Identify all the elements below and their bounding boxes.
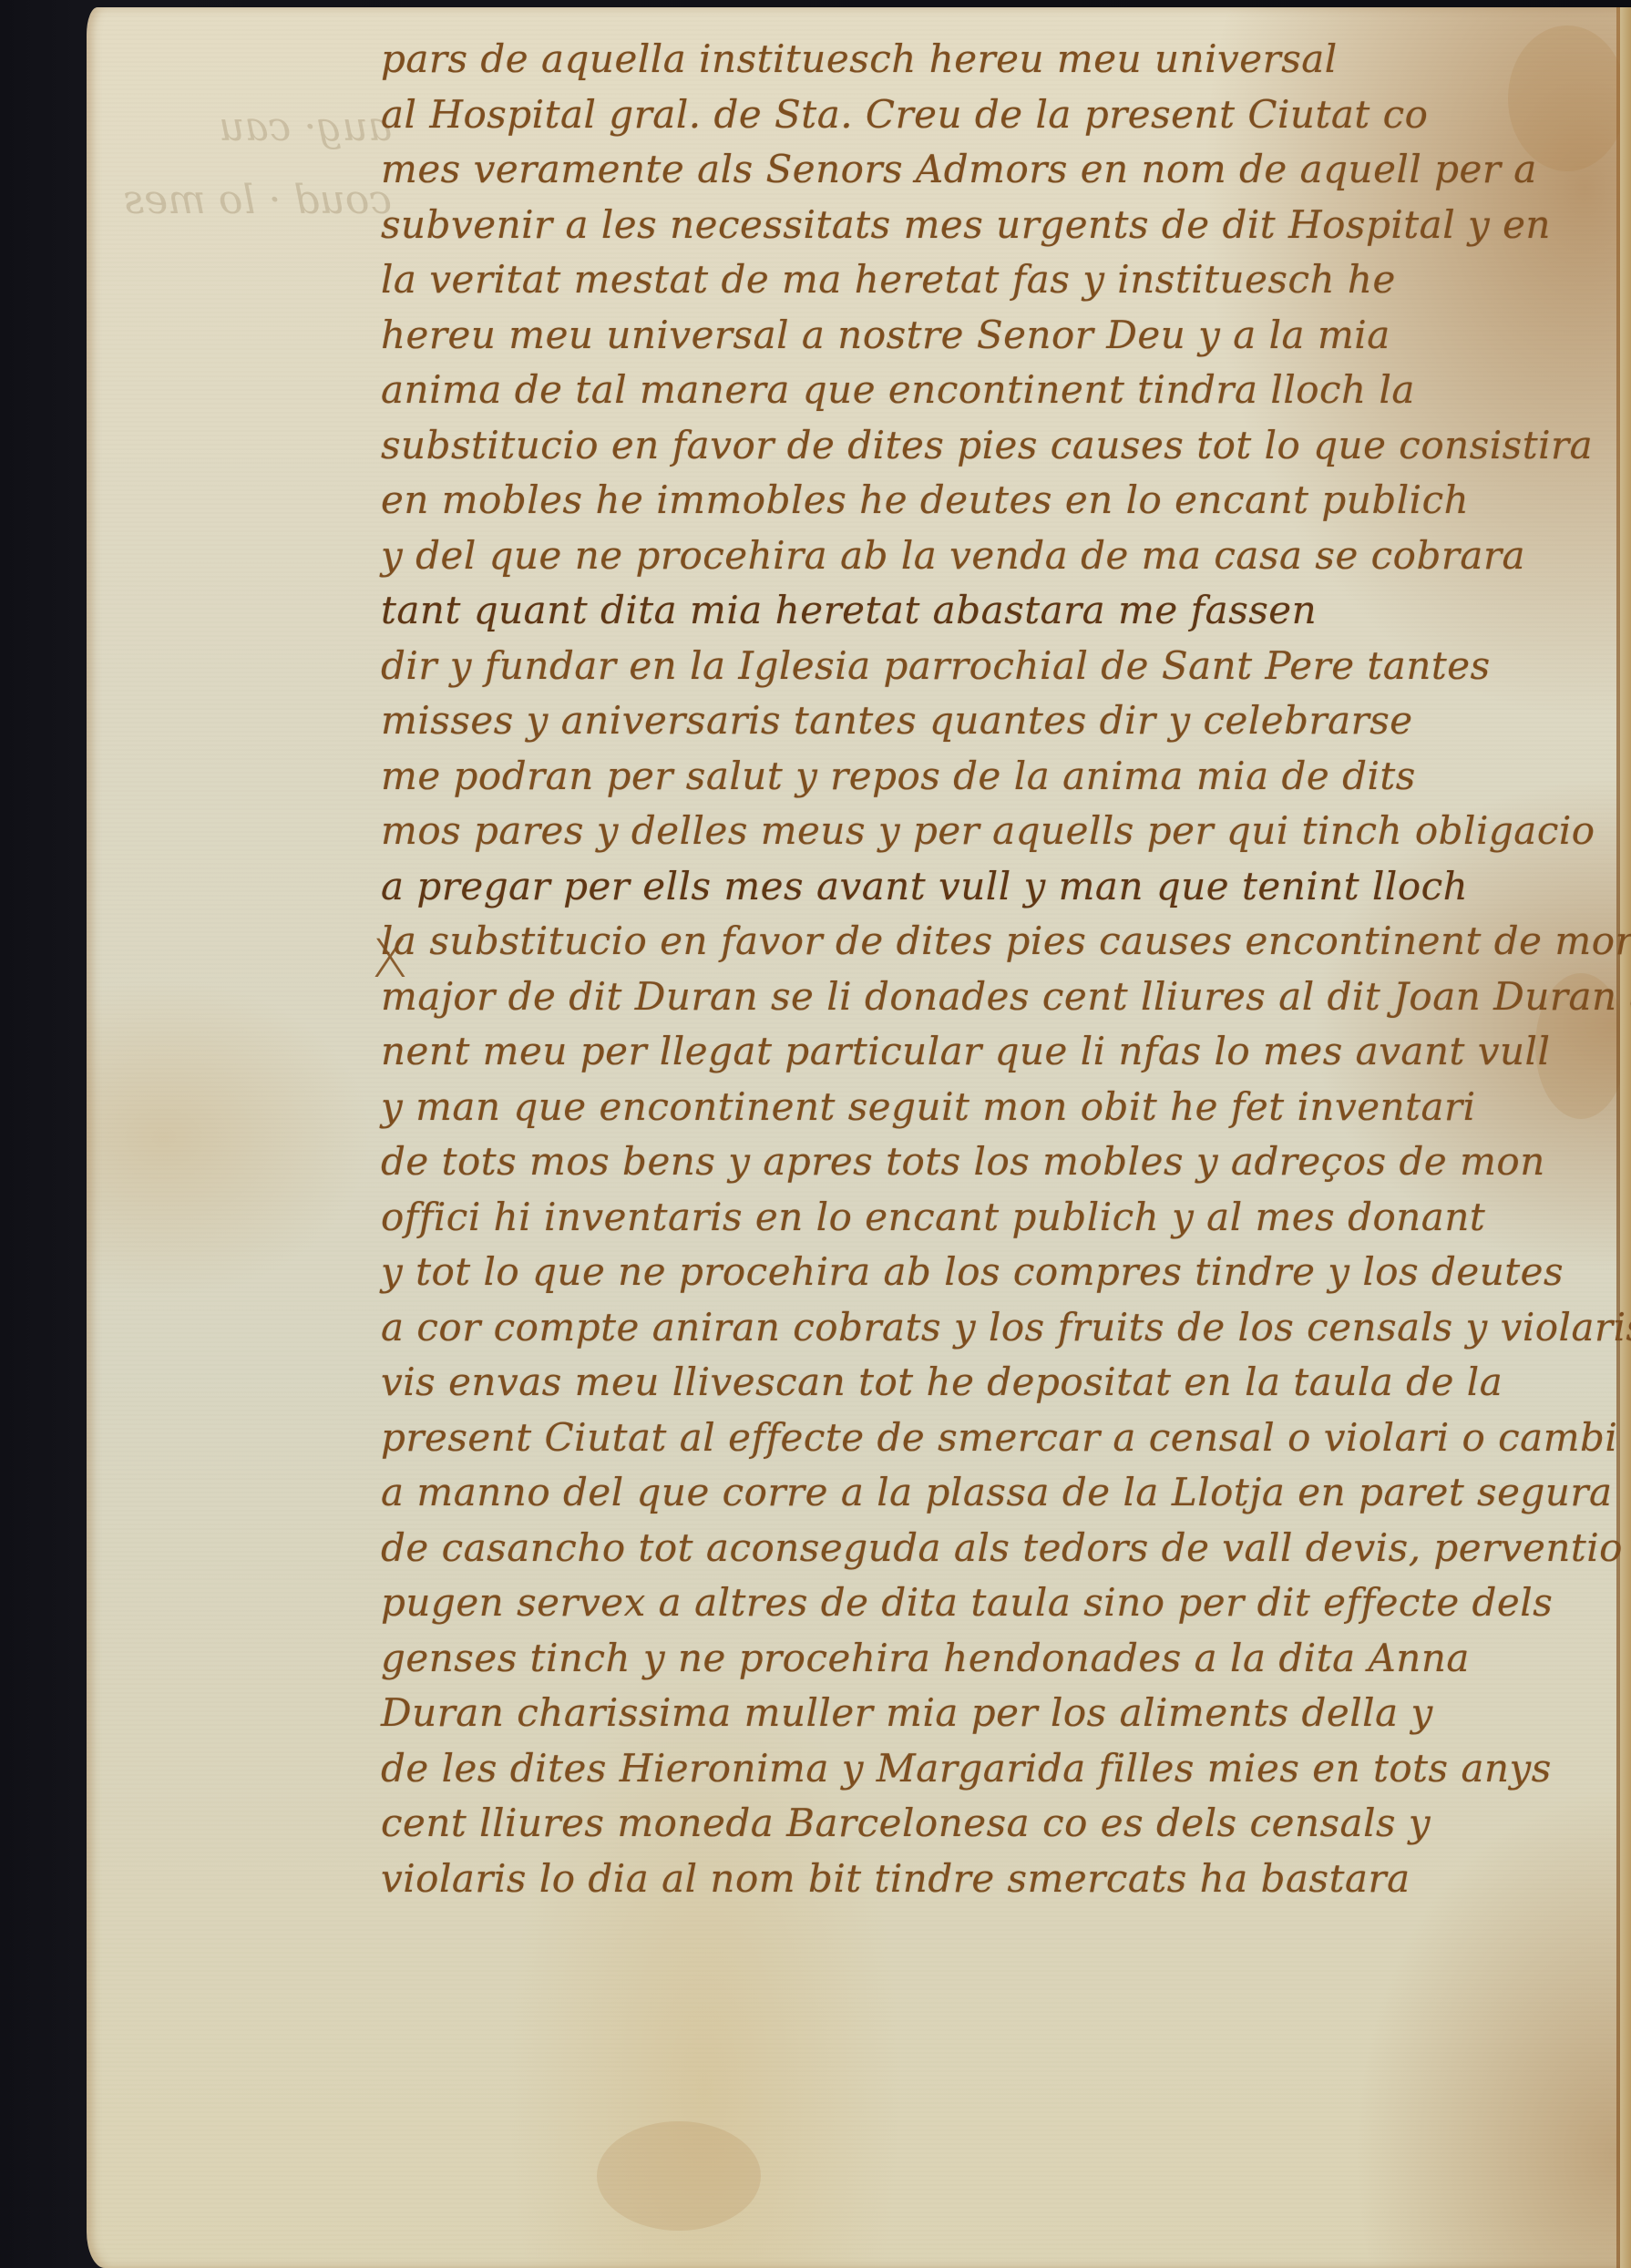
foxing-stain xyxy=(597,2121,761,2231)
manuscript-line: anima de tal manera que encontinent tind… xyxy=(381,367,1584,423)
manuscript-line: present Ciutat al effecte de smercar a c… xyxy=(381,1415,1584,1471)
manuscript-line: de les dites Hieronima y Margarida fille… xyxy=(381,1746,1584,1801)
manuscript-line: y del que ne procehira ab la venda de ma… xyxy=(381,533,1584,589)
manuscript-line: offici hi inventaris en lo encant public… xyxy=(381,1195,1584,1250)
manuscript-line: misses y aniversaris tantes quantes dir … xyxy=(381,698,1584,754)
manuscript-line: tant quant dita mia heretat abastara me … xyxy=(381,588,1584,643)
manuscript-line: cent lliures moneda Barcelonesa co es de… xyxy=(381,1801,1584,1856)
manuscript-line: y man que encontinent seguit mon obit he… xyxy=(381,1084,1584,1140)
manuscript-line: al Hospital gral. de Sta. Creu de la pre… xyxy=(381,92,1584,148)
manuscript-line: pugen servex a altres de dita taula sino… xyxy=(381,1580,1584,1636)
manuscript-line: de tots mos bens y apres tots los mobles… xyxy=(381,1139,1584,1195)
manuscript-line: substitucio en favor de dites pies cause… xyxy=(381,423,1584,478)
manuscript-line: genses tinch y ne procehira hendonades a… xyxy=(381,1636,1584,1691)
manuscript-line: mos pares y delles meus y per aquells pe… xyxy=(381,808,1584,864)
adjacent-leaf-edge xyxy=(1620,7,1631,2268)
manuscript-line: en mobles he immobles he deutes en lo en… xyxy=(381,477,1584,533)
manuscript-line: de casancho tot aconseguda als tedors de… xyxy=(381,1525,1584,1581)
manuscript-line: subvenir a les necessitats mes urgents d… xyxy=(381,202,1584,258)
manuscript-line: dir y fundar en la Iglesia parrochial de… xyxy=(381,643,1584,699)
manuscript-line: la veritat mestat de ma heretat fas y in… xyxy=(381,257,1584,313)
manuscript-line: pars de aquella instituesch hereu meu un… xyxy=(381,36,1584,92)
manuscript-line: a cor compte aniran cobrats y los fruits… xyxy=(381,1305,1584,1360)
manuscript-line: la substitucio en favor de dites pies ca… xyxy=(381,918,1584,974)
manuscript-line: nent meu per llegat particular que li nf… xyxy=(381,1029,1584,1084)
manuscript-line: Duran charissima muller mia per los alim… xyxy=(381,1690,1584,1746)
manuscript-text-block: pars de aquella instituesch hereu meu un… xyxy=(381,36,1584,1911)
bleed-through-text: aug· cau coud · lo mes xyxy=(118,91,392,474)
manuscript-line: y tot lo que ne procehira ab los compres… xyxy=(381,1249,1584,1305)
manuscript-line: me podran per salut y repos de la anima … xyxy=(381,754,1584,809)
manuscript-line: major de dit Duran se li donades cent ll… xyxy=(381,974,1584,1030)
manuscript-line: mes veramente als Senors Admors en nom d… xyxy=(381,147,1584,202)
manuscript-line: violaris lo dia al nom bit tindre smerca… xyxy=(381,1856,1584,1912)
manuscript-line: a pregar per ells mes avant vull y man q… xyxy=(381,864,1584,919)
manuscript-line: hereu meu universal a nostre Senor Deu y… xyxy=(381,313,1584,368)
manuscript-line: a manno del que corre a la plassa de la … xyxy=(381,1470,1584,1525)
manuscript-line: vis envas meu llivescan tot he depositat… xyxy=(381,1360,1584,1415)
